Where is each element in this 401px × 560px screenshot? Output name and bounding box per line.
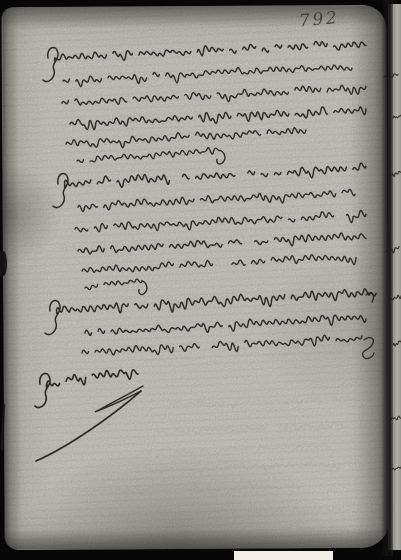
- manuscript-scan: 792: [0, 0, 401, 560]
- next-page-corner: [234, 551, 333, 560]
- manuscript-page: [1, 5, 389, 550]
- ink-blot-left-edge: [0, 251, 7, 276]
- gutter-shadow: [381, 0, 393, 556]
